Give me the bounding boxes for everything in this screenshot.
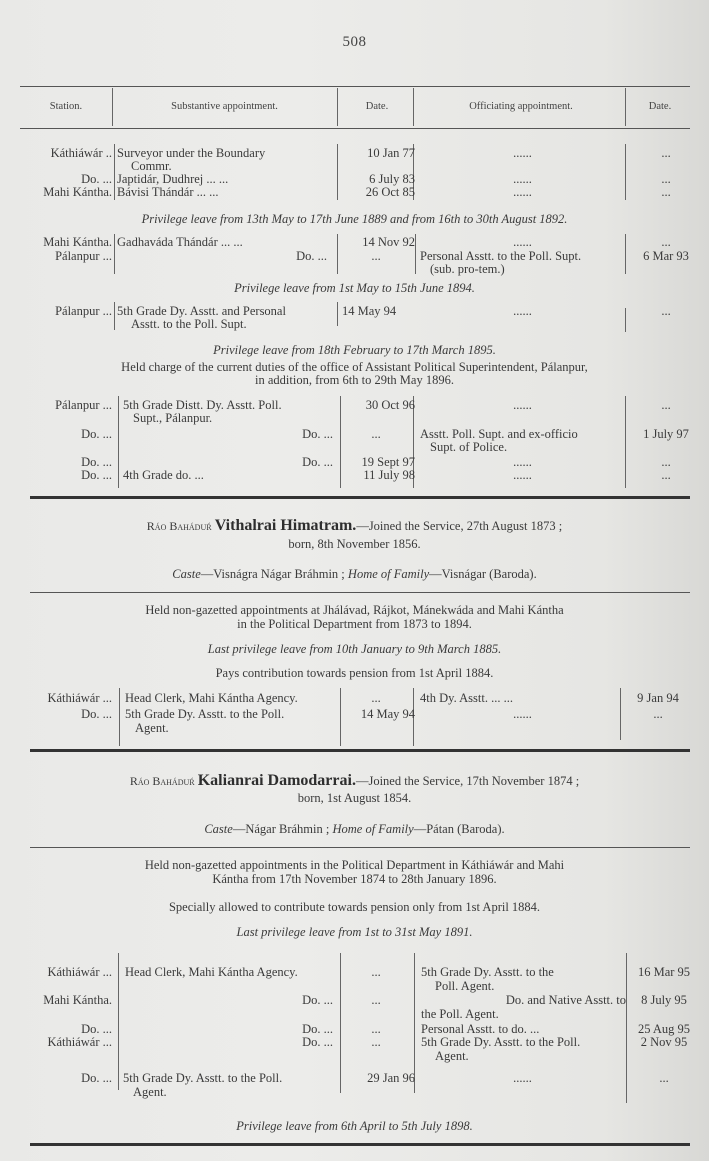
substantive-cell: Asstt. to the Poll. Supt. bbox=[117, 318, 351, 331]
officiating-cell: 5th Grade Dy. Asstt. to the bbox=[421, 966, 626, 979]
col-divider bbox=[112, 88, 113, 126]
date-cell: ... bbox=[337, 966, 415, 979]
date-cell: 11 July 98 bbox=[337, 469, 415, 482]
header-station: Station. bbox=[20, 88, 112, 124]
date2-cell: ... bbox=[628, 1072, 700, 1085]
substantive-cell: Head Clerk, Mahi Kántha Agency. bbox=[125, 966, 345, 979]
date2-cell: 9 Jan 94 bbox=[622, 692, 694, 705]
col-divider bbox=[625, 144, 626, 200]
station-cell: Káthiáwár ... bbox=[20, 966, 112, 979]
station-cell: Pálanpur ... bbox=[20, 305, 112, 318]
page-number: 508 bbox=[0, 34, 709, 51]
officer-joined: —Joined the Service, 17th November 1874 … bbox=[356, 774, 579, 788]
col-divider bbox=[625, 88, 626, 126]
officer-caste-line: Caste—Visnágra Nágar Bráhmin ; Home of F… bbox=[0, 567, 709, 581]
home-value: —Visnágar (Baroda). bbox=[429, 567, 537, 581]
officiating-cell: (sub. pro-tem.) bbox=[420, 263, 635, 276]
officiating-cell: ...... bbox=[420, 186, 625, 199]
officiating-cell: Agent. bbox=[435, 1050, 640, 1063]
date2-cell: 1 July 97 bbox=[630, 428, 702, 441]
pension-note: Pays contribution towards pension from 1… bbox=[0, 666, 709, 680]
station-cell: Pálanpur ... bbox=[20, 250, 112, 263]
officer-title: Ráo Baháduŕ bbox=[130, 774, 195, 788]
document-page: 508 Station. Substantive appointment. Da… bbox=[0, 0, 709, 1161]
date2-cell: ... bbox=[630, 186, 702, 199]
home-label: Home of Family bbox=[348, 567, 429, 581]
date2-cell: ... bbox=[630, 399, 702, 412]
date-cell: 29 Jan 96 bbox=[337, 1072, 415, 1085]
officiating-cell: ...... bbox=[420, 1072, 625, 1085]
appointments-note-line1: Held non-gazetted appointments in the Po… bbox=[0, 858, 709, 872]
officiating-cell: ...... bbox=[420, 147, 625, 160]
officer-header: Ráo Baháduŕ Vithalrai Himatram.—Joined t… bbox=[0, 519, 709, 533]
station-cell: Káthiáwár ... bbox=[20, 692, 112, 705]
col-divider bbox=[415, 234, 416, 274]
page-bottom-rule bbox=[30, 1143, 690, 1146]
date-cell: 10 Jan 77 bbox=[337, 147, 415, 160]
substantive-cell: Gadhaváda Thándár ... ... bbox=[117, 236, 337, 249]
appointments-note-line1: Held non-gazetted appointments at Jháláv… bbox=[0, 603, 709, 617]
station-cell: Do. ... bbox=[20, 708, 112, 721]
officiating-cell: Supt. of Police. bbox=[420, 441, 635, 454]
station-cell: Do. ... bbox=[20, 428, 112, 441]
charge-note-line2: in addition, from 6th to 29th May 1896. bbox=[0, 373, 709, 387]
col-divider bbox=[413, 88, 414, 126]
header-date2: Date. bbox=[625, 88, 695, 124]
substantive-cell: Bávisi Thándár ... ... bbox=[117, 186, 337, 199]
date-cell: 14 May 94 bbox=[337, 708, 415, 721]
date-cell: 26 Oct 85 bbox=[337, 186, 415, 199]
pension-note: Specially allowed to contribute towards … bbox=[0, 900, 709, 914]
substantive-cell: 5th Grade Dy. Asstt. to the Poll. bbox=[123, 1072, 343, 1085]
officiating-cell: the Poll. Agent. bbox=[421, 1008, 626, 1021]
charge-note-line1: Held charge of the current duties of the… bbox=[0, 360, 709, 374]
header-officiating: Officiating appointment. bbox=[417, 88, 625, 124]
officer-header: Ráo Baháduŕ Kalianrai Damodarrai.—Joined… bbox=[0, 774, 709, 788]
date-cell: ... bbox=[337, 1036, 415, 1049]
leave-note: Last privilege leave from 10th January t… bbox=[0, 642, 709, 656]
header-top-rule bbox=[20, 86, 690, 87]
station-cell: Pálanpur ... bbox=[20, 399, 112, 412]
header-bottom-rule bbox=[20, 128, 690, 129]
col-divider bbox=[114, 302, 115, 330]
officiating-cell: Do. and Native Asstt. to bbox=[421, 994, 626, 1007]
col-divider bbox=[114, 234, 115, 274]
officer-title: Ráo Baháduŕ bbox=[147, 519, 212, 533]
leave-note: Last privilege leave from 1st to 31st Ma… bbox=[0, 925, 709, 939]
col-divider bbox=[626, 953, 627, 1103]
date-cell: ... bbox=[337, 250, 415, 263]
date2-cell: ... bbox=[630, 305, 702, 318]
col-divider bbox=[118, 953, 119, 1063]
substantive-cell: Do. ... bbox=[117, 250, 337, 263]
station-cell: Do. ... bbox=[20, 1072, 112, 1085]
substantive-cell: 4th Grade do. ... bbox=[123, 469, 343, 482]
station-cell: Mahi Kántha. bbox=[20, 236, 112, 249]
date2-cell: ... bbox=[622, 708, 694, 721]
substantive-cell: Agent. bbox=[135, 722, 355, 735]
header-substantive: Substantive appointment. bbox=[112, 88, 337, 124]
station-cell: Káthiáwár .. bbox=[20, 147, 112, 160]
station-cell: Káthiáwár ... bbox=[20, 1036, 112, 1049]
officiating-cell: ...... bbox=[420, 708, 625, 721]
col-divider bbox=[118, 1050, 119, 1090]
date-cell: 30 Oct 96 bbox=[337, 399, 415, 412]
appointments-note-line2: Kántha from 17th November 1874 to 28th J… bbox=[0, 872, 709, 886]
date2-cell: 2 Nov 95 bbox=[628, 1036, 700, 1049]
station-cell: Mahi Kántha. bbox=[20, 186, 112, 199]
home-label: Home of Family bbox=[332, 822, 413, 836]
caste-label: Caste bbox=[172, 567, 200, 581]
officiating-cell: Poll. Agent. bbox=[435, 980, 640, 993]
substantive-cell: Do. ... bbox=[125, 1036, 333, 1049]
caste-value: —Nágar Bráhmin ; bbox=[233, 822, 333, 836]
officiating-cell: ...... bbox=[420, 399, 625, 412]
date-cell: 14 Nov 92 bbox=[337, 236, 415, 249]
officer-name: Kalianrai Damodarrai. bbox=[198, 772, 356, 789]
section-rule bbox=[30, 749, 690, 752]
officiating-cell: 5th Grade Dy. Asstt. to the Poll. bbox=[421, 1036, 626, 1049]
substantive-cell: Agent. bbox=[133, 1086, 353, 1099]
header-date: Date. bbox=[337, 88, 417, 124]
leave-note: Privilege leave from 18th February to 17… bbox=[0, 343, 709, 357]
date2-cell: 6 Mar 93 bbox=[630, 250, 702, 263]
home-value: —Pátan (Baroda). bbox=[414, 822, 505, 836]
col-divider bbox=[337, 88, 338, 126]
date2-cell: ... bbox=[630, 147, 702, 160]
caste-value: —Visnágra Nágar Bráhmin ; bbox=[201, 567, 348, 581]
leave-note: Privilege leave from 1st May to 15th Jun… bbox=[0, 281, 709, 295]
col-divider bbox=[625, 308, 626, 332]
officer-joined: —Joined the Service, 27th August 1873 ; bbox=[356, 519, 562, 533]
section-rule bbox=[30, 496, 690, 499]
officiating-cell: 4th Dy. Asstt. ... ... bbox=[420, 692, 625, 705]
col-divider bbox=[114, 144, 115, 200]
date-cell: 14 May 94 bbox=[337, 305, 420, 318]
substantive-cell: 5th Grade Dy. Asstt. to the Poll. bbox=[125, 708, 345, 721]
substantive-cell: Head Clerk, Mahi Kántha Agency. bbox=[125, 692, 345, 705]
date-cell: ... bbox=[337, 428, 415, 441]
station-cell: Do. ... bbox=[20, 469, 112, 482]
caste-label: Caste bbox=[204, 822, 232, 836]
appointments-note-line2: in the Political Department from 1873 to… bbox=[0, 617, 709, 631]
date-cell: ... bbox=[337, 994, 415, 1007]
officer-born: born, 1st August 1854. bbox=[0, 791, 709, 805]
col-divider bbox=[119, 688, 120, 746]
officer-caste-line: Caste—Nágar Bráhmin ; Home of Family—Pát… bbox=[0, 822, 709, 836]
date2-cell: 8 July 95 bbox=[628, 994, 700, 1007]
date-cell: ... bbox=[337, 692, 415, 705]
officiating-cell: ...... bbox=[420, 305, 625, 318]
station-cell: Mahi Kántha. bbox=[20, 994, 112, 1007]
date2-cell: ... bbox=[630, 469, 702, 482]
date2-cell: 16 Mar 95 bbox=[628, 966, 700, 979]
substantive-cell: Supt., Pálanpur. bbox=[133, 412, 353, 425]
officer-born: born, 8th November 1856. bbox=[0, 537, 709, 551]
date2-cell: ... bbox=[630, 236, 702, 249]
officiating-cell: ...... bbox=[420, 469, 625, 482]
substantive-cell: Do. ... bbox=[125, 994, 333, 1007]
section-rule bbox=[30, 847, 690, 848]
substantive-cell: Do. ... bbox=[123, 428, 333, 441]
leave-note: Privilege leave from 13th May to 17th Ju… bbox=[0, 212, 709, 226]
leave-note: Privilege leave from 6th April to 5th Ju… bbox=[0, 1119, 709, 1133]
officiating-cell: ...... bbox=[420, 236, 625, 249]
col-divider bbox=[118, 396, 119, 488]
section-rule bbox=[30, 592, 690, 593]
officer-name: Vithalrai Himatram. bbox=[215, 517, 357, 534]
